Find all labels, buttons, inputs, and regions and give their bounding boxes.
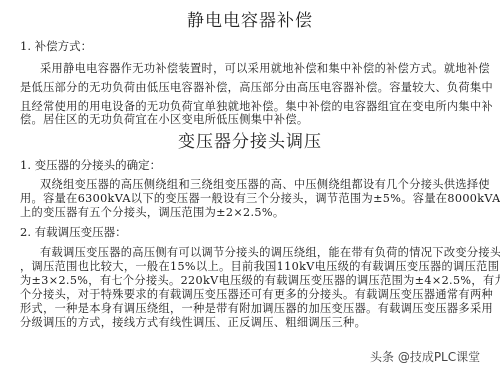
section-heading-tap-determination: 1. 变压器的分接头的确定： — [20, 157, 161, 173]
section-title-transformer-tap: 变压器分接头调压 — [0, 127, 500, 152]
section-heading-compensation-method: 1. 补偿方式： — [20, 38, 92, 54]
paragraph-line: 上的变压器有五个分接头，调压范围为±2×2.5%。 — [20, 204, 284, 220]
paragraph-line: 采用静电电容器作无功补偿装置时，可以采用就地补偿和集中补偿的补偿方式。就地补偿 — [40, 60, 490, 76]
paragraph-line: 是低压部分的无功负荷由低压电容器补偿，高压部分由高压电容器补偿。容量较大、负荷集… — [20, 79, 493, 95]
section-title-capacitor-compensation: 静电电容器补偿 — [0, 6, 500, 31]
section-heading-on-load-tap-changer: 2. 有载调压变压器： — [20, 224, 127, 240]
paragraph-line: 偿。居住区的无功负荷宜在小区变电所低压侧集中补偿。 — [20, 111, 308, 127]
paragraph-line: 分级调压的方式，接线方式有线性调压、正反调压、粗细调压三种。 — [20, 314, 366, 330]
watermark: 头条 @技成PLC课堂 — [370, 348, 480, 365]
